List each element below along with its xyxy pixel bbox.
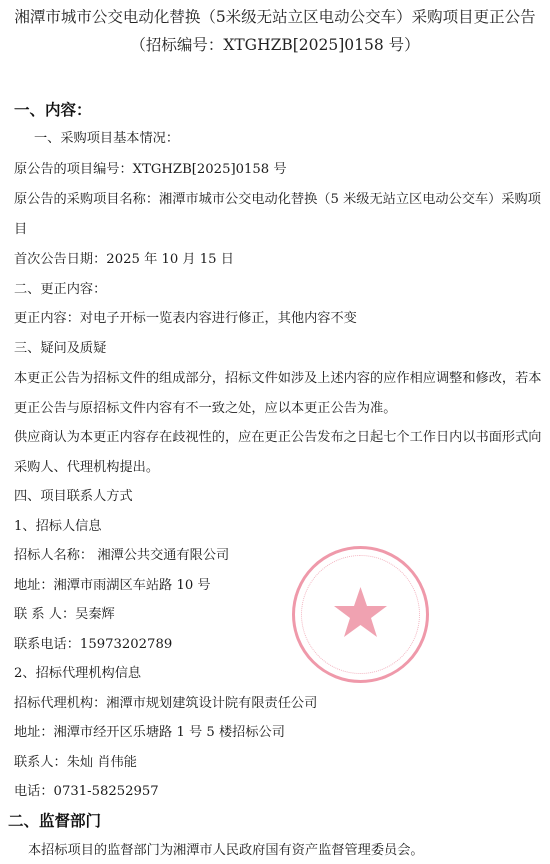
agency-contact-person: 联系人：朱灿 肖伟能 xyxy=(14,755,137,771)
contact-heading: 四、项目联系人方式 xyxy=(14,489,133,505)
correction-paragraph-cont: 更正公告与原招标文件内容有不一致之处，应以本更正公告为准。 xyxy=(14,401,396,417)
official-seal xyxy=(292,546,429,683)
tenderer-contact-person: 联 系 人：吴秦辉 xyxy=(14,607,115,623)
tender-number-subtitle: （招标编号：XTGHZB[2025]0158 号） xyxy=(0,36,550,54)
star-icon xyxy=(295,549,426,680)
original-project-name-cont: 目 xyxy=(14,222,27,238)
tenderer-info-heading: 1、招标人信息 xyxy=(14,519,102,535)
agency-info-heading: 2、招标代理机构信息 xyxy=(14,666,141,682)
objection-paragraph: 供应商认为本更正内容存在歧视性的，应在更正公告发布之日起七个工作日内以书面形式向 xyxy=(14,430,542,446)
tenderer-name: 招标人名称： 湘潭公共交通有限公司 xyxy=(14,548,229,564)
supervision-heading: 二、监督部门 xyxy=(8,812,101,830)
document-title: 湘潭市城市公交电动化替换（5米级无站立区电动公交车）采购项目更正公告 xyxy=(0,8,550,26)
supervision-text: 本招标项目的监督部门为湘潭市人民政府国有资产监督管理委员会。 xyxy=(28,843,424,859)
agency-name: 招标代理机构：湘潭市规划建筑设计院有限责任公司 xyxy=(14,696,317,712)
section-content-heading: 一、内容： xyxy=(14,101,92,119)
questions-heading: 三、疑问及质疑 xyxy=(14,341,106,357)
tenderer-phone: 联系电话：15973202789 xyxy=(14,637,172,653)
agency-phone: 电话：0731-58252957 xyxy=(14,784,159,800)
objection-paragraph-cont: 采购人、代理机构提出。 xyxy=(14,460,159,476)
correction-paragraph: 本更正公告为招标文件的组成部分，招标文件如涉及上述内容的应作相应调整和修改，若本 xyxy=(14,371,542,387)
first-notice-date: 首次公告日期：2025 年 10 月 15 日 xyxy=(14,252,234,268)
basic-info-heading: 一、采购项目基本情况： xyxy=(34,131,179,147)
correction-content: 更正内容：对电子开标一览表内容进行修正，其他内容不变 xyxy=(14,311,357,327)
agency-address: 地址：湘潭市经开区乐塘路 1 号 5 楼招标公司 xyxy=(14,725,285,741)
tenderer-address: 地址：湘潭市雨湖区车站路 10 号 xyxy=(14,578,211,594)
correction-heading: 二、更正内容： xyxy=(14,282,106,298)
original-project-name: 原公告的采购项目名称：湘潭市城市公交电动化替换（5 米级无站立区电动公交车）采购… xyxy=(14,192,541,208)
original-project-number: 原公告的项目编号：XTGHZB[2025]0158 号 xyxy=(14,162,287,178)
